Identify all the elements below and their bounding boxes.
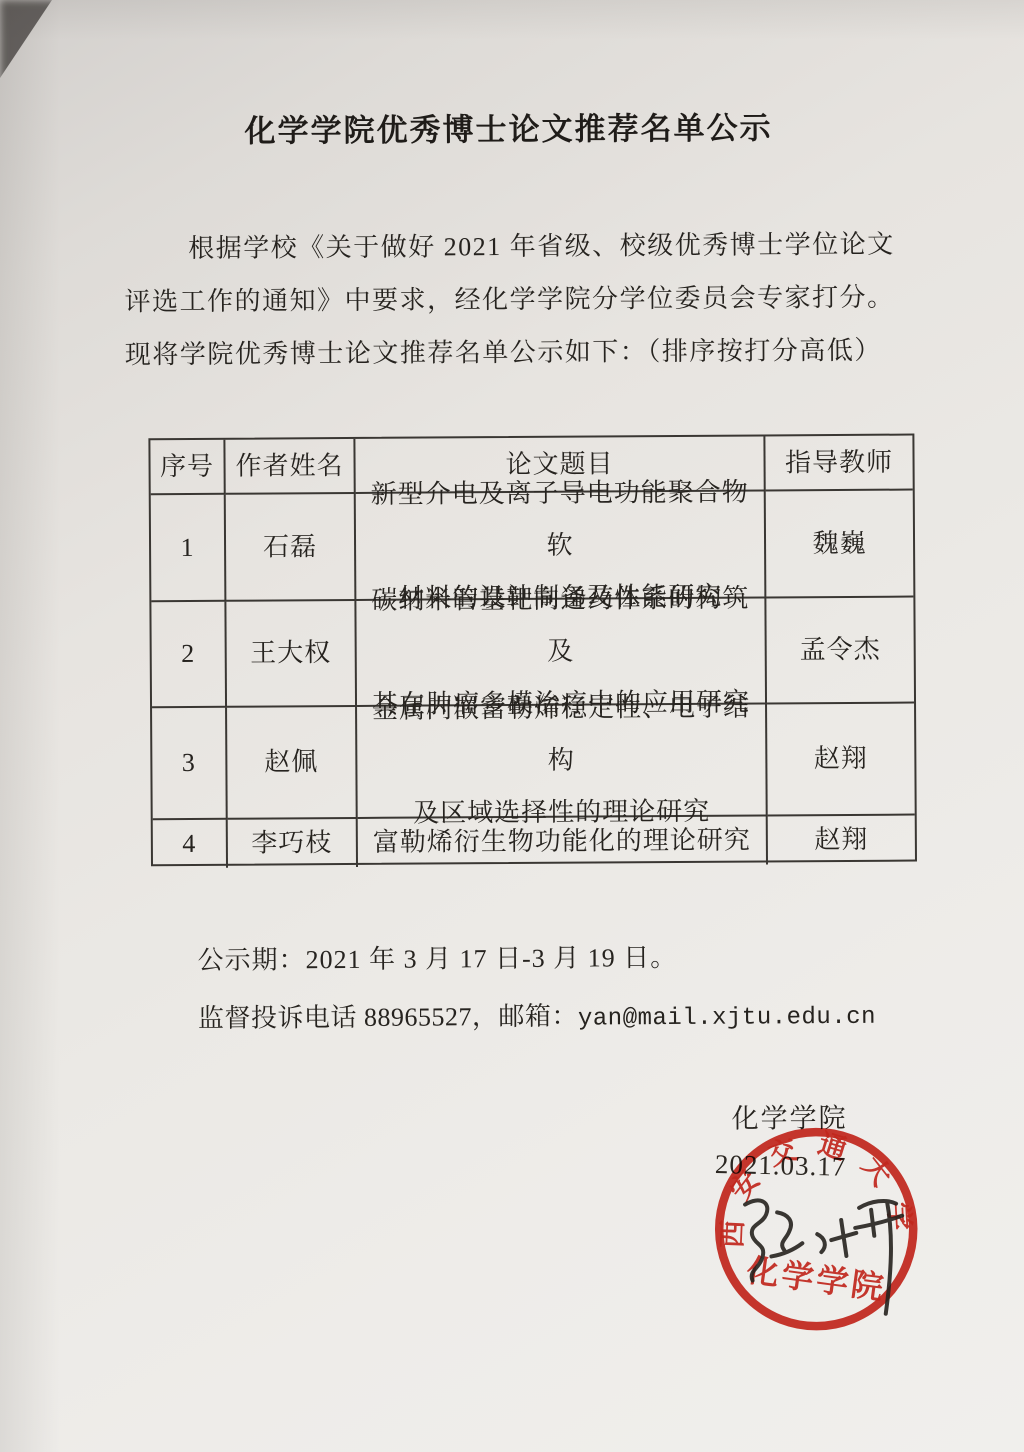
seal-arc-text: 西安交通大学 [716,1127,917,1249]
table-cell-author: 石磊 [226,494,357,602]
column-header-author: 作者姓名 [225,439,355,495]
contact-line: 监督投诉电话 88965527，邮箱：yan@mail.xjtu.edu.cn [198,994,876,1035]
table-cell-advisor: 魏巍 [766,491,914,599]
paragraph-line-2: 评选工作的通知》中要求，经化学学院分学位委员会专家打分。 [124,281,906,320]
table-cell-advisor: 赵翔 [768,816,915,865]
page-title: 化学学院优秀博士论文推荐名单公示 [0,101,1021,152]
paragraph-line-1: 根据学校《关于做好 2021 年省级、校级优秀博士学位论文 [124,228,906,267]
table-cell-no: 4 [153,820,228,868]
table-cell-no: 1 [151,495,227,602]
table-cell-title: 富勒烯衍生物功能化的理论研究 [358,816,768,867]
paragraph-line-3: 现将学院优秀博士论文推荐名单公示如下：（排序按打分高低） [125,334,907,373]
table-cell-title: 金属内嵌富勒烯稳定性、电子结构 及区域选择性的理论研究 [357,704,768,819]
university-seal: 西安交通大学 化学学院 [701,1113,932,1344]
table-cell-no: 2 [151,602,227,708]
table-cell-no: 3 [152,708,228,820]
table-cell-advisor: 孟令杰 [766,598,914,705]
column-header-no: 序号 [150,440,225,495]
table-cell-author: 赵佩 [227,707,358,820]
column-header-advisor: 指导教师 [765,436,912,492]
notice-period-line: 公示期：2021 年 3 月 17 日-3 月 19 日。 [197,937,677,977]
table-cell-advisor: 赵翔 [767,704,915,817]
contact-prefix: 监督投诉电话 88965527，邮箱： [198,1002,578,1033]
contact-email: yan@mail.xjtu.edu.cn [578,1004,876,1033]
recommendation-table: 序号 作者姓名 论文题目 指导教师 1 石磊 新型介电及离子导电功能聚合物软 材… [148,434,917,867]
svg-text:西安交通大学: 西安交通大学 [716,1127,917,1249]
seal-inner-text: 化学学院 [744,1252,889,1306]
table-cell-author: 李巧枝 [228,819,358,868]
table-cell-author: 王大权 [226,601,357,708]
paper-sheet: 化学学院优秀博士论文推荐名单公示 根据学校《关于做好 2021 年省级、校级优秀… [0,0,1024,1452]
